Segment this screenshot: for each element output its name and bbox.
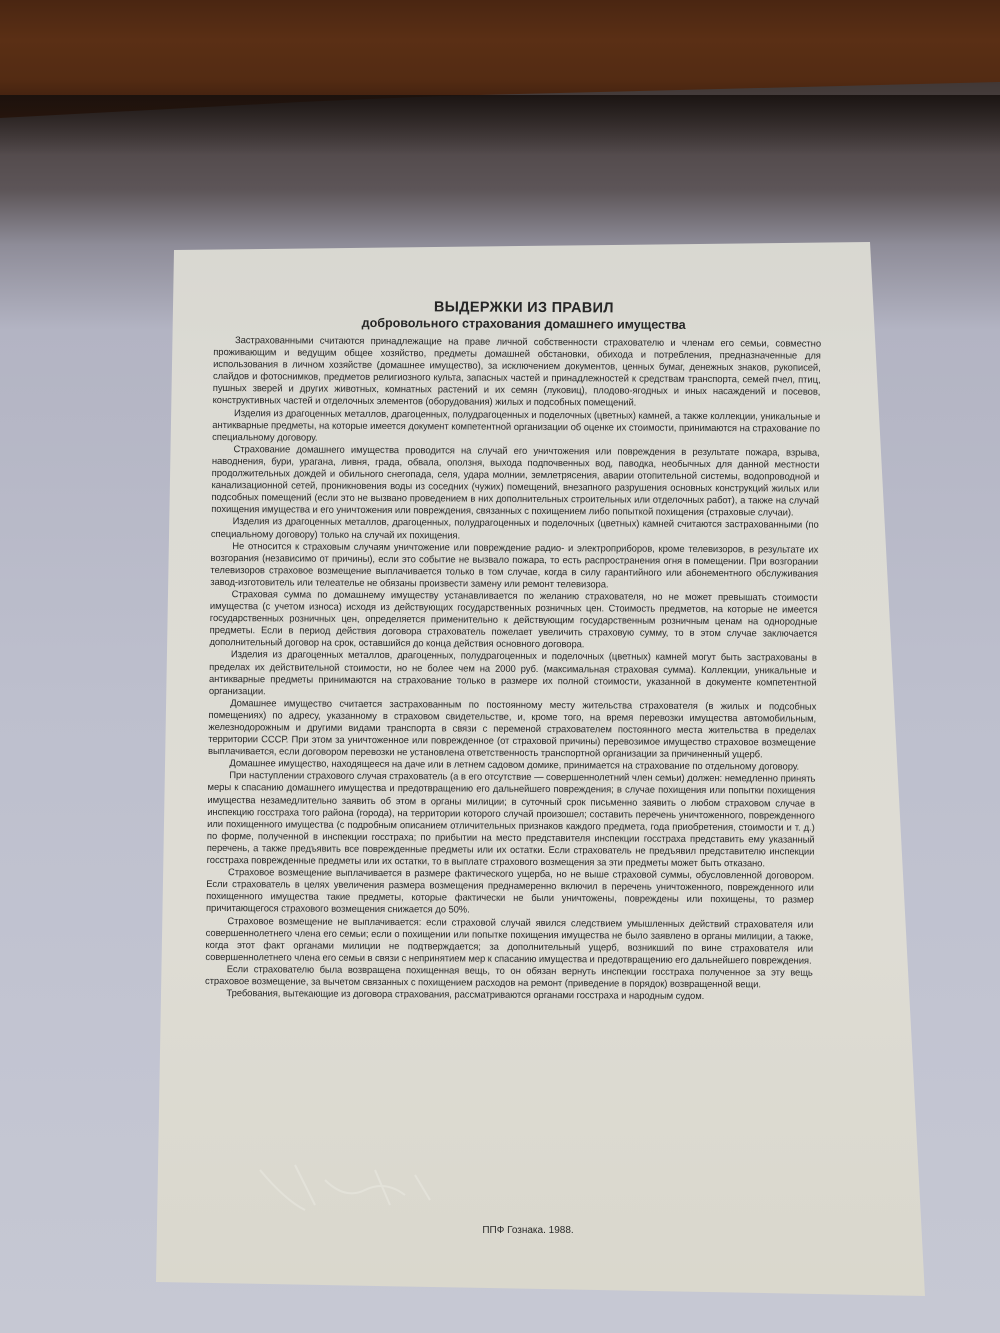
paragraph: Страховая сумма по домашнему имуществу у… — [209, 589, 817, 653]
paragraph: Страховое возмещение выплачивается в раз… — [206, 867, 814, 919]
document-subtitle: добровольного страхования домашнего имущ… — [214, 315, 834, 333]
printer-imprint: ППФ Гознака. 1988. — [438, 1225, 618, 1236]
paragraph: Застрахованными считаются принадлежащие … — [213, 335, 822, 411]
paragraph: При наступлении страхового случая страхо… — [207, 770, 816, 870]
paragraph: Страхование домашнего имущества проводит… — [211, 444, 820, 520]
paragraph: Изделия из драгоценных металлов, драгоце… — [212, 408, 820, 448]
document-body: ВЫДЕРЖКИ ИЗ ПРАВИЛ добровольного страхов… — [205, 298, 834, 1004]
paragraph: Не относится к страховым случаям уничтож… — [210, 541, 818, 593]
shelf-shadow — [0, 95, 1000, 155]
paragraph: Домашнее имущество считается застрахован… — [208, 698, 816, 762]
paragraph: Если страхователю была возвращена похище… — [205, 964, 813, 992]
paragraph: Изделия из драгоценных металлов, драгоце… — [209, 649, 817, 701]
paragraph: Страховое возмещение не выплачивается: е… — [205, 915, 813, 967]
paragraph: Изделия из драгоценных металлов, драгоце… — [211, 516, 819, 544]
